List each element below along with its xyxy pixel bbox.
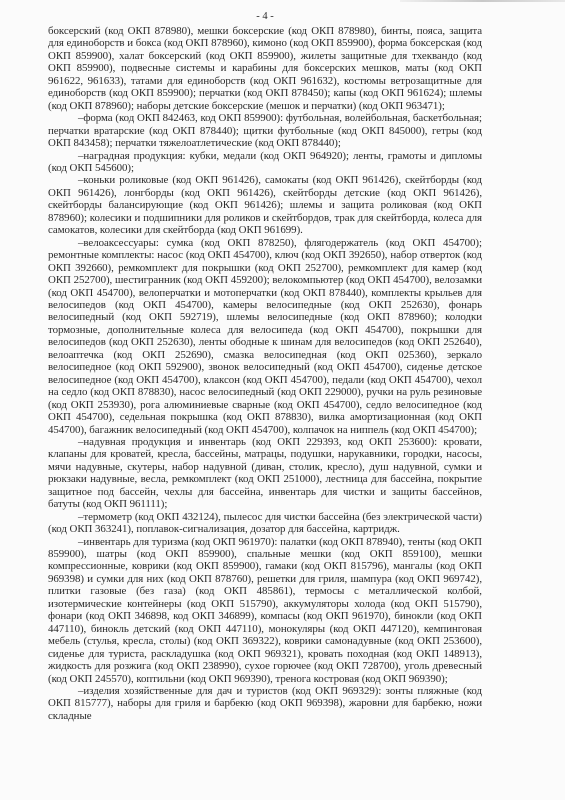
paragraph-roller-skates: –коньки роликовые (код ОКП 961426), само… — [48, 174, 482, 236]
page-number: - 4 - — [48, 10, 482, 23]
paragraph-boxing-equipment: боксерский (код ОКП 878980), мешки боксе… — [48, 25, 482, 112]
paragraph-inflatable-products: –надувная продукция и инвентарь (код ОКП… — [48, 436, 482, 511]
paragraph-pool-accessories: –термометр (код ОКП 432124), пылесос для… — [48, 511, 482, 536]
paragraph-household-goods: –изделия хозяйственные для дач и туристо… — [48, 685, 482, 722]
paragraph-bicycle-accessories: –велоаксессуары: сумка (код ОКП 878250),… — [48, 237, 482, 436]
scan-edge-shadow — [400, 0, 565, 2]
document-page: - 4 - боксерский (код ОКП 878980), мешки… — [48, 10, 482, 722]
paragraph-tourism-equipment: –инвентарь для туризма (код ОКП 961970):… — [48, 536, 482, 685]
paragraph-sports-uniform: –форма (код ОКП 842463, код ОКП 859900):… — [48, 112, 482, 149]
paragraph-awards: –наградная продукция: кубки, медали (код… — [48, 150, 482, 175]
